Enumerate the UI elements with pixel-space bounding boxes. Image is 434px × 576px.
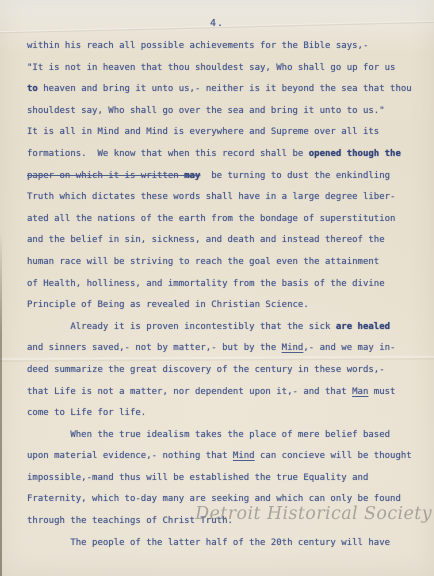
typed-text-segment: can concieve will be thought xyxy=(255,451,412,461)
typed-text-segment: Man xyxy=(352,387,368,397)
typed-line: deed summarize the great discovery of th… xyxy=(27,360,419,382)
typed-line: and sinners saved,- not by matter,- but … xyxy=(27,338,419,360)
typed-line: paper on which it is written may be turn… xyxy=(27,166,419,188)
typed-text-segment: to xyxy=(27,84,38,94)
typed-text-segment: Fraternity, which to-day many are seekin… xyxy=(27,494,401,504)
typed-text-segment: The people of the latter half of the 20t… xyxy=(27,538,390,548)
typed-text-segment: impossible,-mand thus will be establishe… xyxy=(27,473,368,483)
typed-text-segment: Already it is proven incontestibly that … xyxy=(27,322,336,332)
typed-line: "It is not in heaven that thou shouldest… xyxy=(27,58,419,80)
typed-text-segment: deed summarize the great discovery of th… xyxy=(27,365,385,375)
typed-text-segment: Mind xyxy=(282,343,304,353)
typed-text-segment: It is all in Mind and Mind is everywhere… xyxy=(27,127,379,137)
typed-line: upon material evidence,- nothing that Mi… xyxy=(27,446,419,468)
typed-text-segment: come to Life for life. xyxy=(27,408,146,418)
typed-line: The people of the latter half of the 20t… xyxy=(27,533,419,555)
typed-text-segment: that Life is not a matter, nor dependent… xyxy=(27,387,352,397)
typed-line: that Life is not a matter, nor dependent… xyxy=(27,382,419,404)
typed-text-segment: When the true idealism takes the place o… xyxy=(27,430,390,440)
typed-text-segment: be turning to dust the enkindling xyxy=(200,171,390,181)
typed-line: of Health, holliness, and immortality fr… xyxy=(27,274,419,296)
typed-text-segment: through the teachings of Christ Truth. xyxy=(27,516,233,526)
typed-text-segment: and sinners saved,- not by matter,- but … xyxy=(27,343,282,353)
typed-lines: within his reach all possible achievemen… xyxy=(27,36,419,554)
typed-text-segment: are healed xyxy=(336,322,390,332)
typed-line: come to Life for life. xyxy=(27,403,419,425)
typed-line: human race will be striving to reach the… xyxy=(27,252,419,274)
typed-text-segment: and the belief in sin, sickness, and dea… xyxy=(27,235,385,245)
typed-text-segment: ,- and we may in- xyxy=(303,343,395,353)
typed-line: Fraternity, which to-day many are seekin… xyxy=(27,489,419,511)
typed-line: It is all in Mind and Mind is everywhere… xyxy=(27,122,419,144)
typed-text-segment: "It is not in heaven that thou shouldest… xyxy=(27,63,395,73)
typed-text-segment: paper on which it is written xyxy=(27,171,184,181)
typed-line: ated all the nations of the earth from t… xyxy=(27,209,419,231)
typed-text-segment: heaven and bring it unto us,- neither is… xyxy=(38,84,412,94)
typed-text-segment: within his reach all possible achievemen… xyxy=(27,41,368,51)
typed-text-segment: opened though the xyxy=(309,149,401,159)
typed-line: to heaven and bring it unto us,- neither… xyxy=(27,79,419,101)
typed-text-segment: may xyxy=(184,171,200,181)
scanned-document-page: 4. within his reach all possible achieve… xyxy=(0,0,434,576)
typed-line: Already it is proven incontestibly that … xyxy=(27,317,419,339)
typed-text-segment: Truth which dictates these words shall h… xyxy=(27,192,395,202)
typed-text-segment: formations. We know that when this recor… xyxy=(27,149,309,159)
typed-line: shouldest say, Who shall go over the sea… xyxy=(27,101,419,123)
typed-text-segment: must xyxy=(368,387,395,397)
typed-text-segment: upon material evidence,- nothing that xyxy=(27,451,233,461)
typed-text-segment: ated all the nations of the earth from t… xyxy=(27,214,395,224)
typed-line: When the true idealism takes the place o… xyxy=(27,425,419,447)
typed-line: Truth which dictates these words shall h… xyxy=(27,187,419,209)
typed-text-segment: shouldest say, Who shall go over the sea… xyxy=(27,106,385,116)
page-number: 4. xyxy=(0,18,434,29)
paper-left-edge-shadow xyxy=(0,230,2,576)
typed-line: through the teachings of Christ Truth. xyxy=(27,511,419,533)
typed-line: Principle of Being as revealed in Christ… xyxy=(27,295,419,317)
typed-line: formations. We know that when this recor… xyxy=(27,144,419,166)
typed-text-segment: Mind xyxy=(233,451,255,461)
typed-line: impossible,-mand thus will be establishe… xyxy=(27,468,419,490)
typed-text-segment: of Health, holliness, and immortality fr… xyxy=(27,279,385,289)
typed-line: within his reach all possible achievemen… xyxy=(27,36,419,58)
typed-line: and the belief in sin, sickness, and dea… xyxy=(27,230,419,252)
typed-text-segment: Principle of Being as revealed in Christ… xyxy=(27,300,309,310)
typed-text-segment: human race will be striving to reach the… xyxy=(27,257,379,267)
